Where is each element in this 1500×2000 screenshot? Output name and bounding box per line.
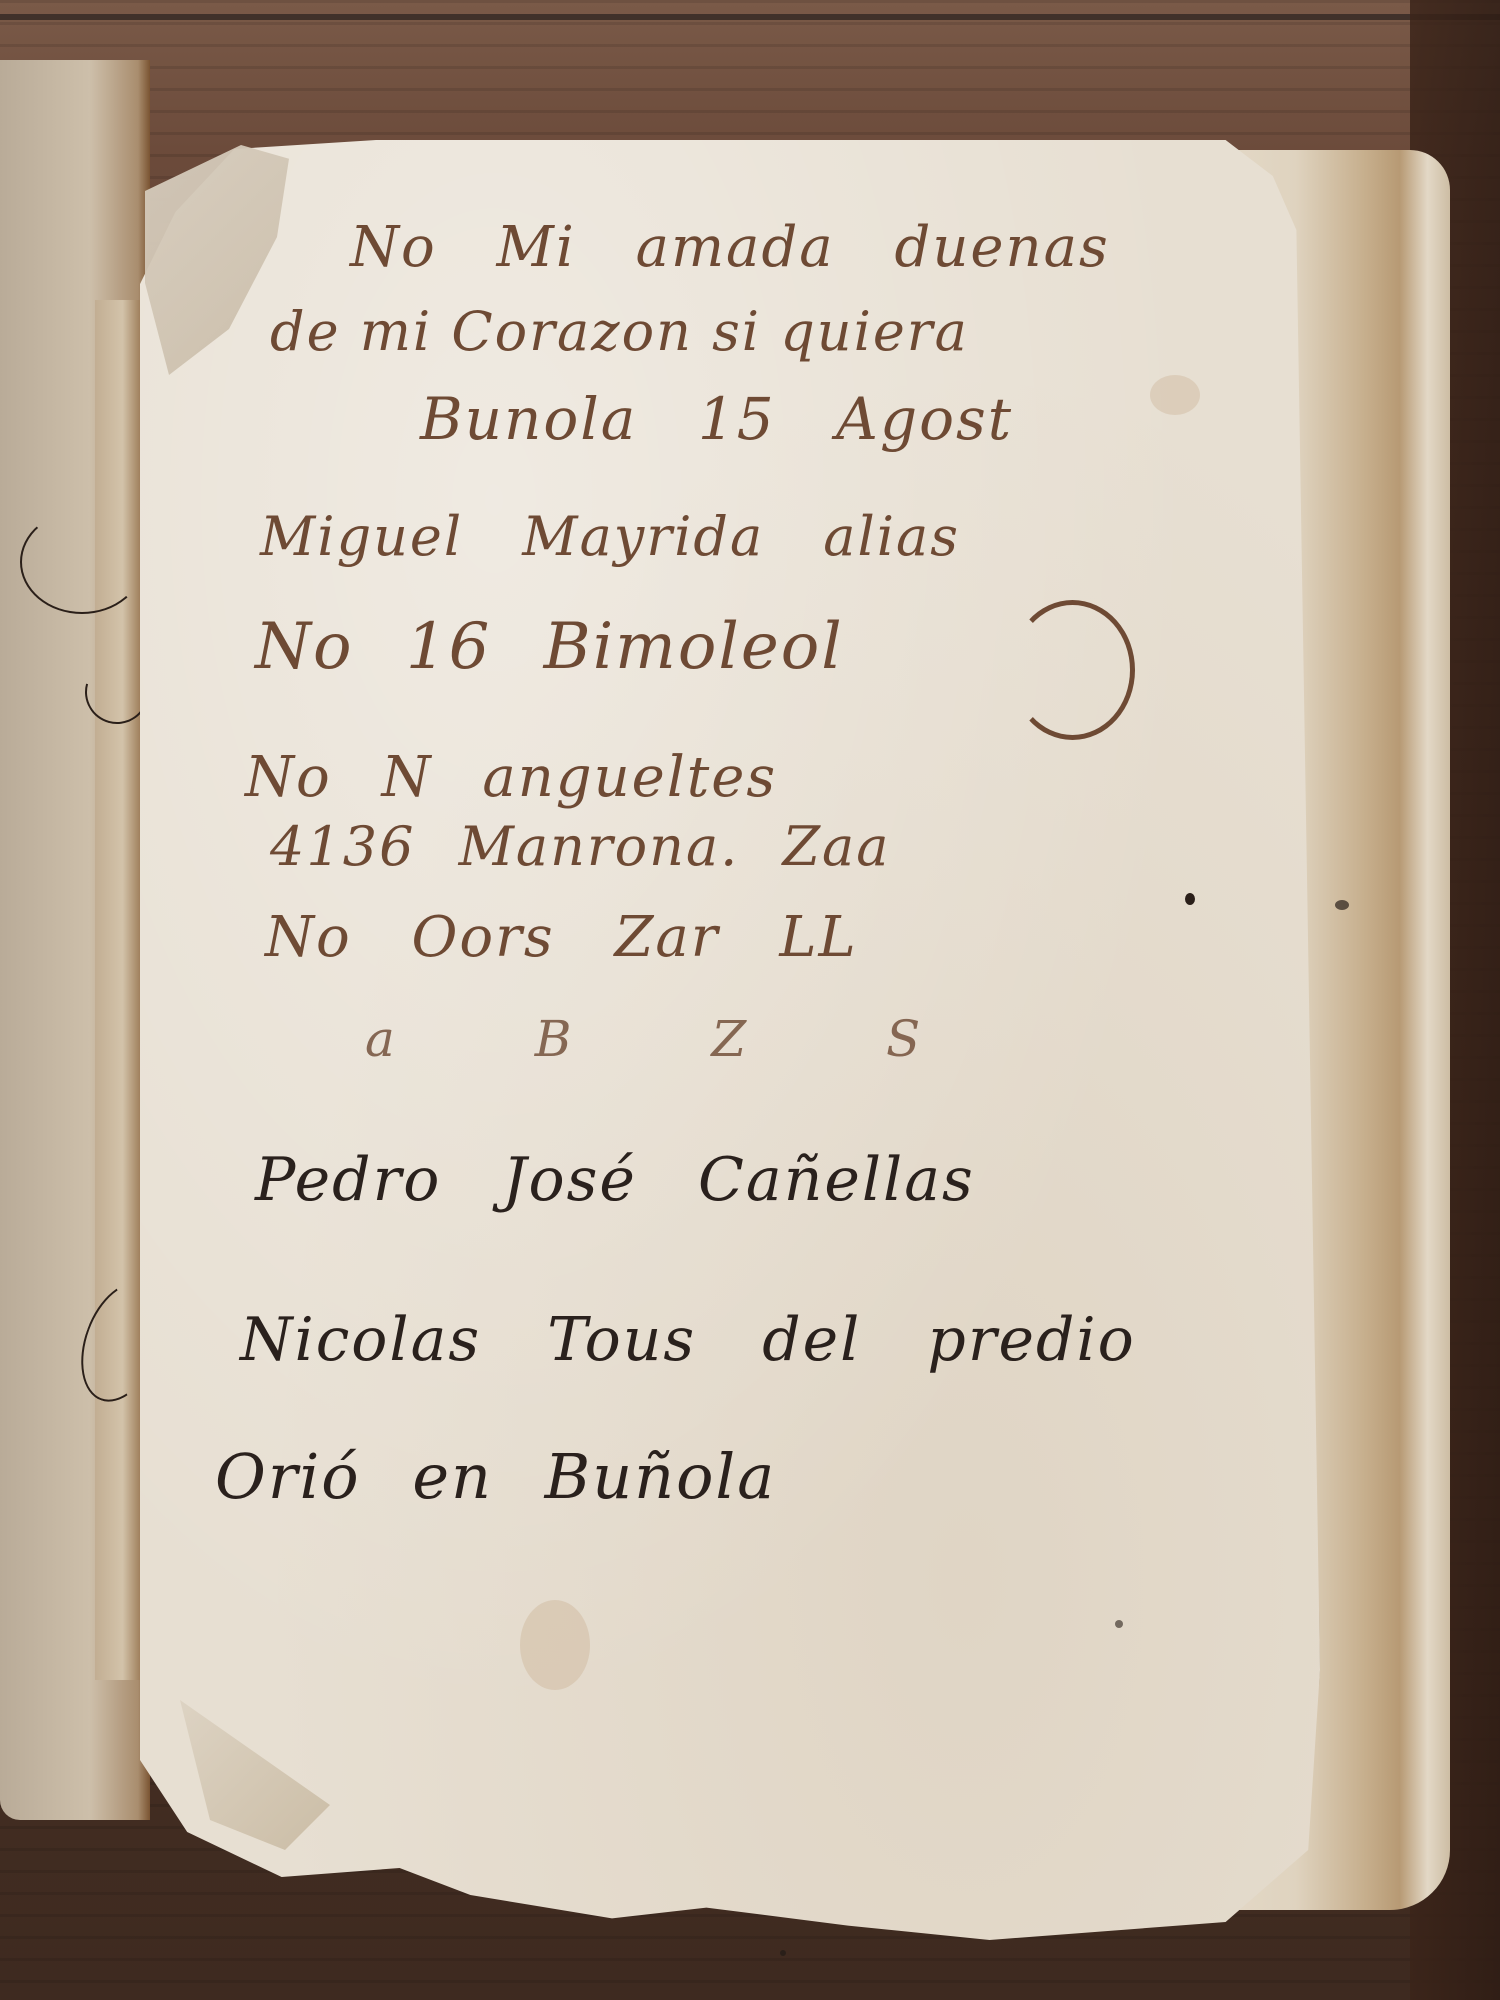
ink-spot	[1335, 900, 1349, 910]
handwritten-line: de mi Corazon si quiera	[270, 300, 969, 363]
ink-spot	[1115, 1620, 1123, 1628]
ink-spot	[1185, 893, 1195, 905]
monogram-flourish	[1010, 600, 1135, 740]
paper-stain	[520, 1600, 590, 1690]
handwritten-line: No 16 Bimoleol	[255, 610, 844, 684]
binding-thread-1	[20, 510, 144, 614]
handwritten-line: No N angueltes	[245, 745, 777, 810]
signature-line: Pedro José Cañellas	[255, 1145, 975, 1215]
signature-line: Orió en Buñola	[215, 1440, 776, 1513]
handwritten-line: No Oors Zar LL	[265, 905, 858, 970]
handwritten-line: 4136 Manrona. Zaa	[270, 815, 890, 878]
handwritten-line: a B Z S	[365, 1010, 922, 1068]
handwritten-line: No Mi amada duenas	[350, 215, 1110, 280]
ink-spot	[780, 1950, 786, 1956]
signature-line: Nicolas Tous del predio	[240, 1305, 1136, 1375]
handwritten-line: Bunola 15 Agost	[420, 385, 1013, 453]
handwritten-line: Miguel Mayrida alias	[260, 505, 960, 568]
paper-stain	[1150, 375, 1200, 415]
